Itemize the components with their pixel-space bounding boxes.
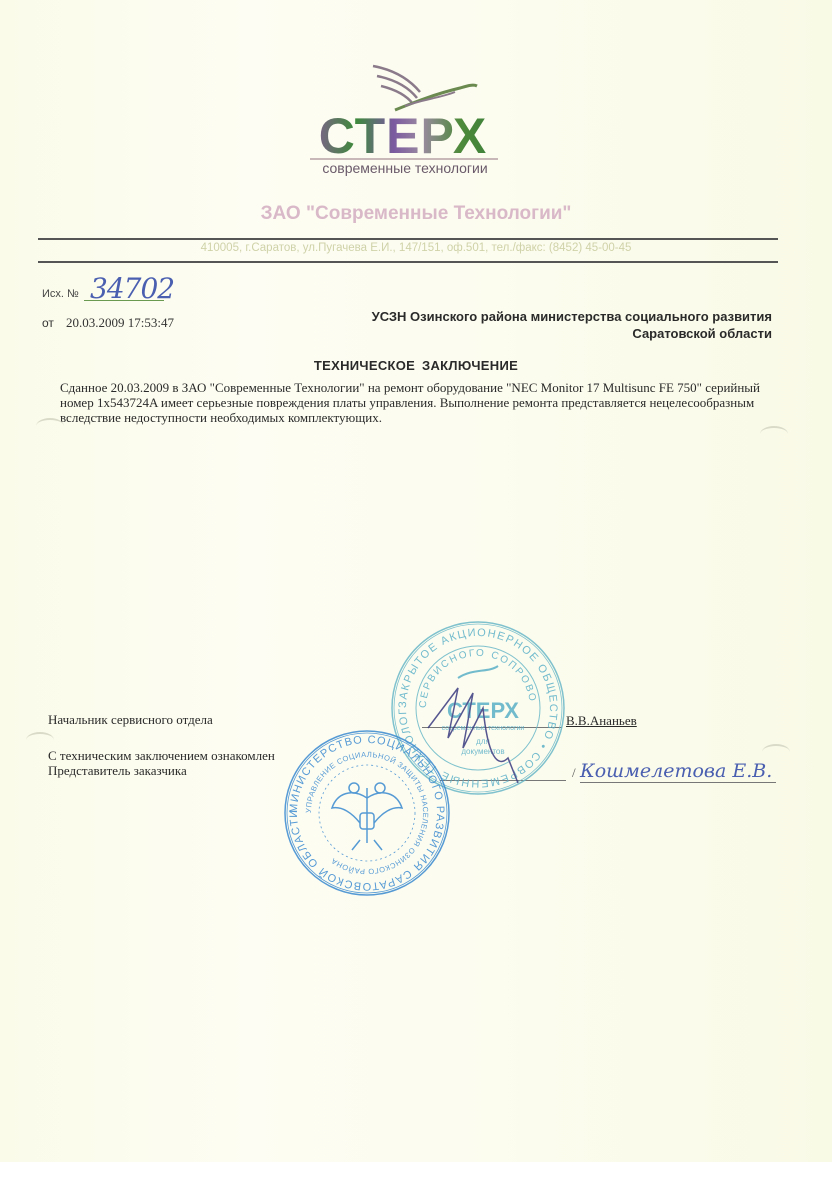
addressee-line-2: Саратовской области <box>312 325 772 342</box>
customer-representative-label: Представитель заказчика <box>48 763 187 779</box>
punch-hole-mark <box>36 418 64 434</box>
document-page: СТЕРХ современные технологии ЗАО "Соврем… <box>0 0 832 1162</box>
addressee-block: УСЗН Озинского района министерства социа… <box>312 308 772 342</box>
company-logo-wordmark: СТЕРХ <box>308 110 498 162</box>
acknowledged-label: С техническим заключением ознакомлен <box>48 748 275 764</box>
punch-hole-mark <box>26 732 54 748</box>
date-label: от <box>42 316 54 330</box>
letterhead-rule-top <box>38 238 778 240</box>
outgoing-number-handwritten: 34702 <box>90 272 174 305</box>
outgoing-number-label: Исх. № <box>42 288 79 300</box>
company-address: 410005, г.Саратов, ул.Пугачева Е.И., 147… <box>0 242 832 254</box>
document-title: ТЕХНИЧЕСКОЕ ЗАКЛЮЧЕНИЕ <box>0 358 832 373</box>
document-date: 20.03.2009 17:53:47 <box>66 315 174 331</box>
ministry-round-stamp-icon: МИНИСТЕРСТВО СОЦИАЛЬНОГО РАЗВИТИЯ САРАТО… <box>282 728 452 898</box>
punch-hole-mark <box>760 426 788 442</box>
addressee-line-1: УСЗН Озинского района министерства социа… <box>312 308 772 325</box>
customer-name-handwritten: Кошмелетова Е.В. <box>580 760 776 783</box>
company-name: ЗАО "Современные Технологии" <box>0 203 832 225</box>
head-of-service-name: В.В.Ананьев <box>566 713 637 729</box>
logo-tagline: современные технологии <box>300 160 510 176</box>
document-body: Сданное 20.03.2009 в ЗАО "Современные Те… <box>60 380 780 425</box>
svg-text:документов: документов <box>461 747 504 756</box>
head-of-service-label: Начальник сервисного отдела <box>48 712 213 728</box>
punch-hole-mark <box>762 744 790 760</box>
signature-separator: / <box>572 765 576 781</box>
letterhead-rule-bottom <box>38 261 778 263</box>
